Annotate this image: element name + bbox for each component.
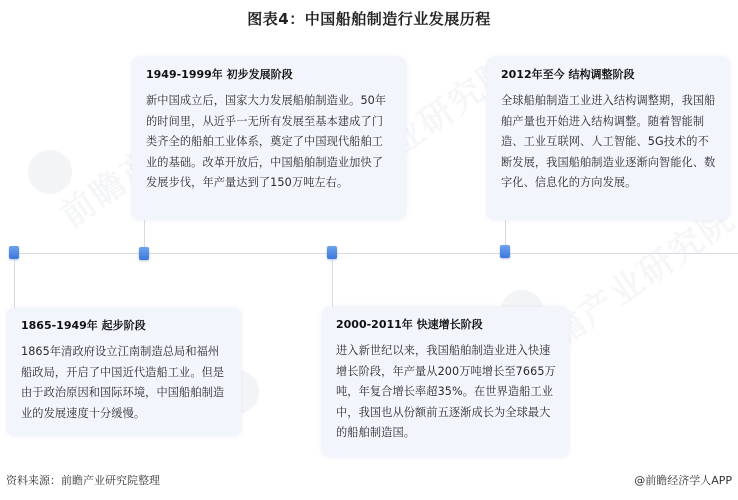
timeline-axis (12, 253, 738, 254)
stage-description: 1865年清政府设立江南制造总局和福州船政局，开启了中国近代造船工业。但是由于政… (21, 342, 229, 424)
connector-line (14, 260, 15, 310)
credit-note: @前瞻经济学人APP (634, 472, 732, 488)
timeline-node-2012 (500, 245, 510, 258)
stage-heading: 2012年至今 结构调整阶段 (501, 67, 718, 83)
stage-description: 新中国成立后，国家大力发展船舶制造业。50年的时间里，从近乎一无所有发展至基本建… (146, 91, 394, 194)
stage-card-1865-1949: 1865-1949年 起步阶段 1865年清政府设立江南制造总局和福州船政局，开… (7, 308, 241, 436)
timeline-node-1949 (139, 247, 149, 260)
stage-heading: 2000-2011年 快速增长阶段 (336, 317, 557, 333)
stage-heading: 1865-1949年 起步阶段 (21, 318, 229, 334)
watermark-logo-icon (28, 150, 72, 194)
connector-line (332, 260, 333, 310)
connector-line (144, 220, 145, 248)
source-note: 资料来源：前瞻产业研究院整理 (6, 472, 160, 488)
timeline-figure: 图表4：中国船舶制造行业发展历程 前瞻产业研究院 前瞻产业研究院 前瞻产业研究院… (0, 0, 738, 500)
stage-card-2000-2011: 2000-2011年 快速增长阶段 进入新世纪以来，我国船舶制造业进入快速增长阶… (322, 307, 569, 457)
connector-line (505, 220, 506, 248)
stage-card-2012-present: 2012年至今 结构调整阶段 全球船舶制造工业进入结构调整期，我国船舶产量也开始… (487, 57, 730, 220)
stage-description: 进入新世纪以来，我国船舶制造业进入快速增长阶段，年产量从200万吨增长至7665… (336, 341, 557, 444)
stage-description: 全球船舶制造工业进入结构调整期，我国船舶产量也开始进入结构调整。随着智能制造、工… (501, 91, 718, 194)
timeline-node-2000 (327, 246, 337, 259)
stage-heading: 1949-1999年 初步发展阶段 (146, 67, 394, 83)
timeline-node-1865 (9, 246, 19, 259)
figure-title: 图表4：中国船舶制造行业发展历程 (0, 8, 738, 29)
stage-card-1949-1999: 1949-1999年 初步发展阶段 新中国成立后，国家大力发展船舶制造业。50年… (132, 57, 406, 220)
